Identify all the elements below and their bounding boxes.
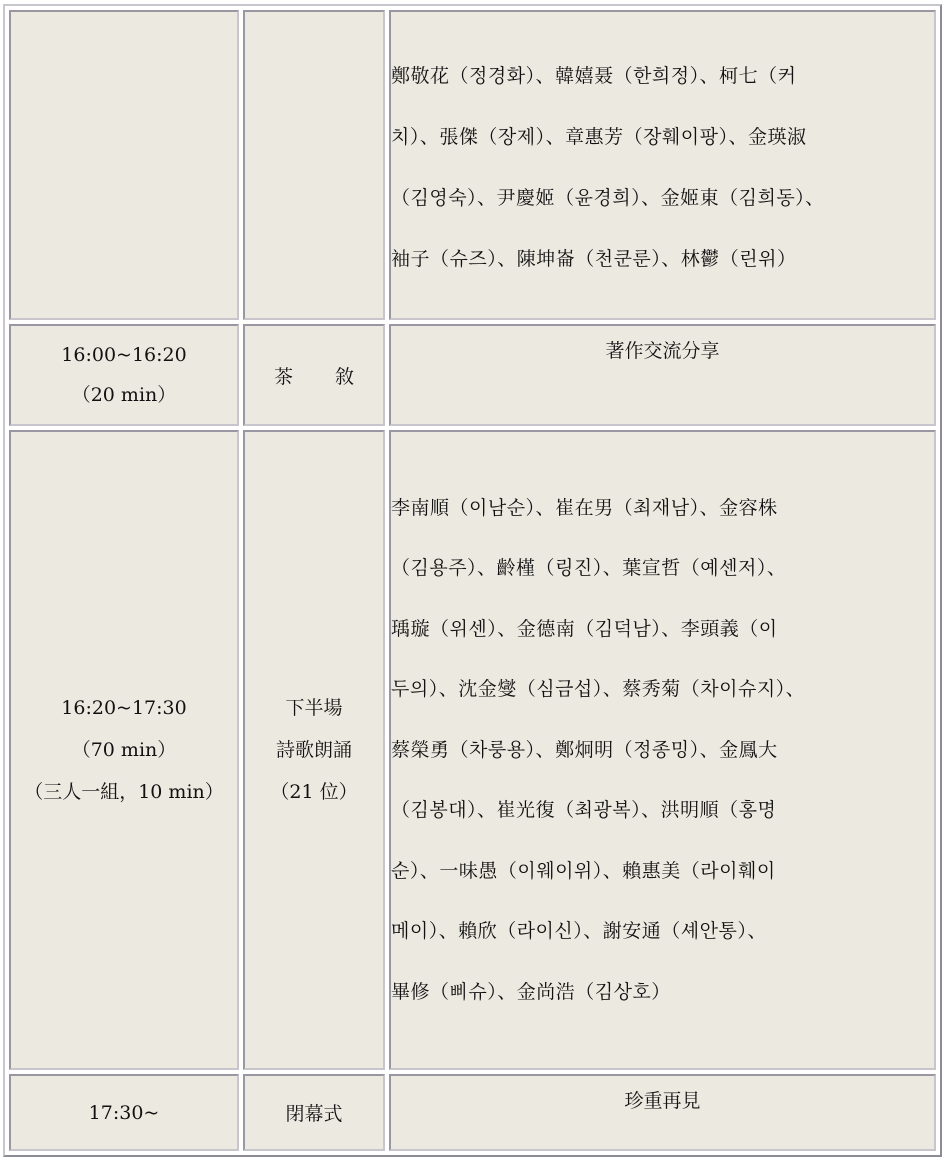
duration: （70 min） bbox=[11, 729, 237, 771]
participants-line: 鄭敬花（정경화）、韓嬉聂（한희정）、柯七（커 bbox=[391, 46, 934, 107]
time-range: 17:30~ bbox=[89, 1102, 160, 1124]
schedule-row-tea-break: 16:00~16:20 （20 min） 茶 敘 著作交流分享 bbox=[9, 324, 936, 426]
participants-line: 蔡榮勇（차룽용）、鄭炯明（정종밍）、金鳳大 bbox=[391, 720, 934, 781]
session-subtitle: 詩歌朗誦 bbox=[245, 729, 383, 771]
session-cell: 閉幕式 bbox=[243, 1074, 385, 1135]
session-title: 下半場 bbox=[245, 687, 383, 729]
participants-line: 메이）、賴欣（라이신）、謝安通（셰안통）、 bbox=[391, 901, 934, 962]
participants-cell: 李南順（이남순）、崔在男（최재남）、金容株 （김용주）、齡槿（링진）、葉宣哲（예… bbox=[389, 430, 936, 1070]
schedule-row-closing: 17:30~ 閉幕式 珍重再見 bbox=[9, 1074, 936, 1135]
time-cell: 16:00~16:20 （20 min） bbox=[9, 324, 239, 426]
participants-line: 瑀璇（위센）、金德南（김덕남）、李頭義（이 bbox=[391, 599, 934, 660]
participants-line: （김용주）、齡槿（링진）、葉宣哲（예센저）、 bbox=[391, 538, 934, 599]
group-note: （三人一組，10 min） bbox=[11, 771, 237, 813]
content-cell: 著作交流分享 bbox=[389, 324, 936, 426]
session-cell bbox=[243, 10, 385, 320]
time-cell: 17:30~ bbox=[9, 1074, 239, 1135]
participants-line: 치）、張傑（장제）、章惠芳（장훼이팡）、金瑛淑 bbox=[391, 107, 934, 168]
participants-line: （김봉대）、崔光復（최광복）、洪明順（홍명 bbox=[391, 780, 934, 841]
session-title: 茶 敘 bbox=[274, 366, 372, 388]
participants-line: 畢修（삐슈）、金尚浩（김상호） bbox=[391, 962, 934, 1023]
schedule-row-first-half-continued: 鄭敬花（정경화）、韓嬉聂（한희정）、柯七（커 치）、張傑（장제）、章惠芳（장훼이… bbox=[9, 10, 936, 320]
time-range: 16:00~16:20 bbox=[11, 335, 237, 375]
participants-line: 순）、一味愚（이웨이위）、賴惠美（라이훼이 bbox=[391, 841, 934, 902]
content-text: 珍重再見 bbox=[624, 1090, 700, 1112]
participants-line: 두의）、沈金燮（심금섭）、蔡秀菊（차이슈지）、 bbox=[391, 659, 934, 720]
participants-cell: 鄭敬花（정경화）、韓嬉聂（한희정）、柯七（커 치）、張傑（장제）、章惠芳（장훼이… bbox=[389, 10, 936, 320]
participants-line: 李南順（이남순）、崔在男（최재남）、金容株 bbox=[391, 478, 934, 539]
participants-line: 袖子（슈즈）、陳坤崙（천쿤룬）、林鬱（린위） bbox=[391, 229, 934, 290]
session-cell: 茶 敘 bbox=[243, 324, 385, 426]
schedule-row-second-half: 16:20~17:30 （70 min） （三人一組，10 min） 下半場 詩… bbox=[9, 430, 936, 1070]
time-cell: 16:20~17:30 （70 min） （三人一組，10 min） bbox=[9, 430, 239, 1070]
session-title: 閉幕式 bbox=[285, 1103, 342, 1125]
session-cell: 下半場 詩歌朗誦 （21 位） bbox=[243, 430, 385, 1070]
time-range: 16:20~17:30 bbox=[11, 687, 237, 729]
content-cell: 珍重再見 bbox=[389, 1074, 936, 1135]
content-text: 著作交流分享 bbox=[605, 340, 719, 362]
program-schedule-table: 鄭敬花（정경화）、韓嬉聂（한희정）、柯七（커 치）、張傑（장제）、章惠芳（장훼이… bbox=[3, 4, 942, 1135]
session-count: （21 位） bbox=[245, 771, 383, 813]
time-cell bbox=[9, 10, 239, 320]
participants-line: （김영숙）、尹慶姬（윤경희）、金姬東（김희동）、 bbox=[391, 168, 934, 229]
duration: （20 min） bbox=[11, 375, 237, 415]
